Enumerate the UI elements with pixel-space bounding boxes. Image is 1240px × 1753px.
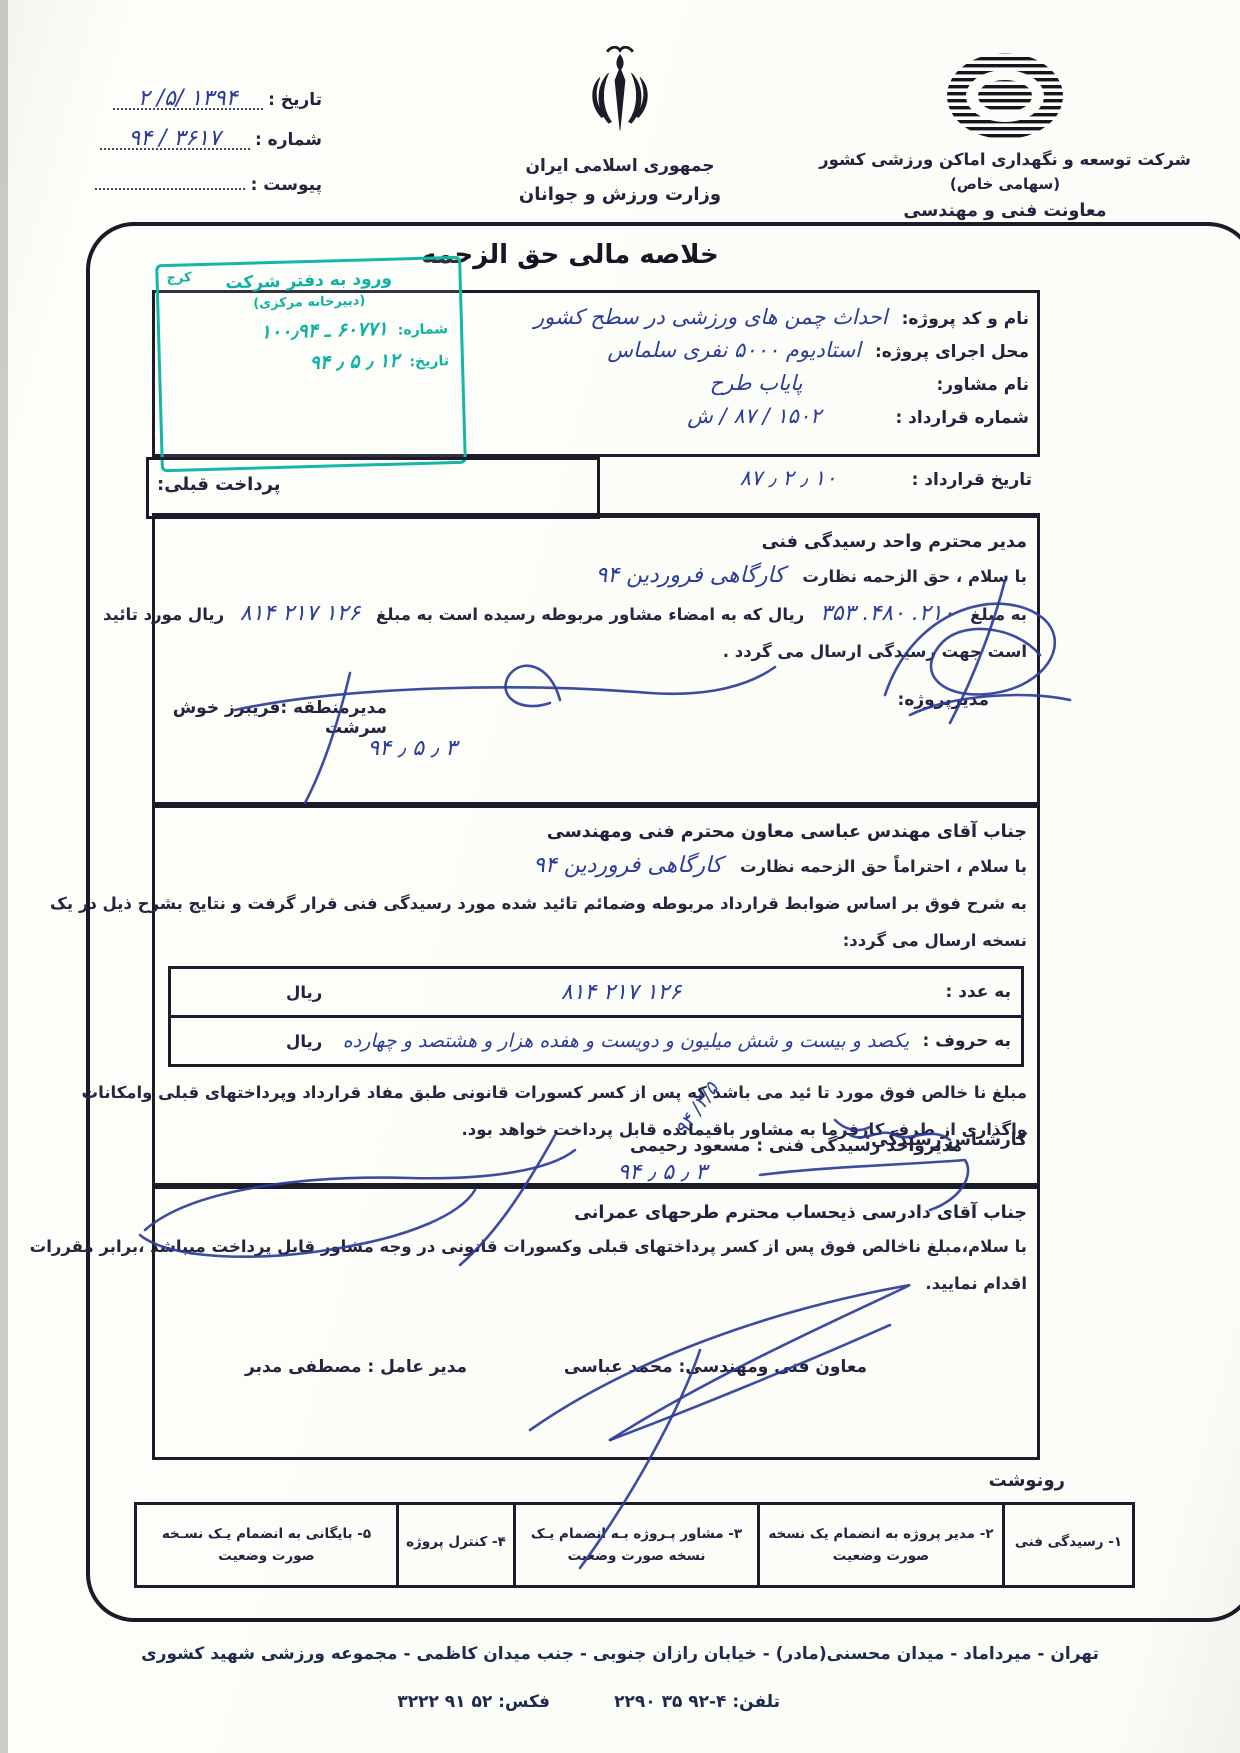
section-deputy-review: جناب آقای مهندس عباسی معاون محترم فنی وم… [152, 805, 1040, 1186]
contract-date-label: تاریخ قرارداد : [912, 470, 1032, 490]
amount-pre-text: به مبلغ [970, 605, 1027, 624]
amount-words-label: به حروف : [923, 1031, 1011, 1051]
stamp-corner-text: کرج [166, 270, 191, 286]
section2-note-line1: مبلغ نا خالص فوق مورد تا ئید می باشد که … [165, 1081, 1027, 1105]
section2-line1-printed: با سلام ، احتراماً حق الزحمه نظارت [740, 857, 1027, 876]
amount-words-unit: ریال [286, 1032, 322, 1051]
copies-cell-3-line1: ۳- مشاور پـروژه بـه انضمام یـک [522, 1526, 751, 1542]
number-label: شماره : [255, 130, 322, 150]
copies-cell-3: ۳- مشاور پـروژه بـه انضمام یـک نسخه صورت… [513, 1505, 757, 1585]
attachment-label: پیوست : [251, 175, 322, 195]
country-name: جمهوری اسلامی ایران [505, 156, 735, 176]
section3-line1: با سلام،مبلغ ناخالص فوق پس از کسر پرداخت… [165, 1235, 1027, 1259]
review-expert-date-handwritten: ۳ ٫ ۵ ٫ ۹۴ [617, 1160, 707, 1185]
section3-heading: جناب آقای دادرسی ذیحساب محترم طرحهای عمر… [165, 1203, 1027, 1223]
contract-date-value: ۱۰ ٫ ۲ ٫ ۸۷ [740, 466, 837, 490]
stamp-date-label: تاریخ: [409, 353, 449, 370]
amount-in-words-row: به حروف : یکصد و بیست و شش میلیون و دویس… [171, 1015, 1021, 1064]
amount-words-value-handwritten: یکصد و بیست و شش میلیون و دویست و هفده ه… [341, 1030, 911, 1052]
stamp-number-value: ۶۰۷۷۱ ـ ۱۰۰٫۹۴ [260, 318, 388, 344]
amount-table: به عدد : ۱۲۶ ۲۱۷ ۸۱۴ ریال به حروف : یکصد… [168, 966, 1024, 1067]
copies-cell-1: ۱- رسیدگی فنی [1002, 1505, 1132, 1585]
consultant-value: پایاب طرح [710, 371, 803, 395]
approved-amount-handwritten: ۱۲۶ ۲۱۷ ۸۱۴ [240, 601, 360, 626]
section1-heading: مدیر محترم واحد رسیدگی فنی [165, 532, 1027, 552]
section-treasurer: جناب آقای دادرسی ذیحساب محترم طرحهای عمر… [152, 1186, 1040, 1460]
copies-cell-5-line1: ۵- بایگانی به انضمام یـک نسـخه [143, 1526, 390, 1542]
section1-line3: است جهت رسیدگی ارسال می گردد . [165, 640, 1027, 664]
footer-fax-value: ۳۲۲۲ ۹۱ ۵۲ [397, 1692, 492, 1712]
amount-digits-unit: ریال [286, 983, 322, 1002]
managing-director-label: مدیر عامل : مصطفی مدبر [245, 1357, 467, 1377]
footer-phone-value: ۲۲۹۰ ۳۵ ۹۲-۴ [614, 1692, 726, 1712]
stamp-date-value: ۱۲ ٫ ۵ ٫ ۹۴ [309, 350, 399, 375]
project-name-value: احداث چمن های ورزشی در سطح کشور [534, 305, 888, 329]
amount-digits-label: به عدد : [946, 982, 1012, 1002]
copies-cell-2-line1: ۲- مدیر پروژه به انضمام یک نسخه [766, 1526, 996, 1542]
copies-table: ۱- رسیدگی فنی ۲- مدیر پروژه به انضمام یک… [134, 1502, 1135, 1588]
project-location-label: محل اجرای پروژه: [875, 342, 1029, 362]
date-value: ۲ /۵/ ۱۳۹۴ [138, 86, 238, 111]
date-label: تاریخ : [268, 90, 322, 110]
copies-cell-2: ۲- مدیر پروژه به انضمام یک نسخه صورت وضع… [757, 1505, 1002, 1585]
region-manager-date-handwritten: ۳ ٫ ۵ ٫ ۹۴ [367, 736, 457, 761]
copies-cell-4-line1: ۴- کنترل پروژه [405, 1534, 507, 1550]
section1-line2: به مبلغ ۲۱۰. ۴۸۰. ۳۵۳ ریال که به امضاء م… [165, 602, 1027, 627]
copies-cell-1-line1: ۱- رسیدگی فنی [1011, 1534, 1126, 1550]
section-review-unit: مدیر محترم واحد رسیدگی فنی با سلام ، حق … [152, 513, 1040, 805]
footer-phone: تلفن: ۲۲۹۰ ۳۵ ۹۲-۴ [614, 1692, 780, 1712]
footer-fax-label: فکس: [498, 1692, 550, 1712]
footer-address: تهران - میرداماد - میدان محسنی(مادر) - خ… [0, 1644, 1240, 1664]
company-logo-icon [944, 50, 1066, 142]
previous-payment-label: پرداخت قبلی: [157, 474, 281, 495]
office-entry-stamp: کرج ورود به دفتر شرکت (دبیرخانه مرکزی) ش… [155, 256, 467, 472]
ministry-name: وزارت ورزش و جوانان [505, 184, 735, 205]
scanned-document-page: تاریخ : ۲ /۵/ ۱۳۹۴ شماره : ۳۶۱۷ / ۹۴ پیو… [0, 0, 1240, 1753]
letterhead-left-block: تاریخ : ۲ /۵/ ۱۳۹۴ شماره : ۳۶۱۷ / ۹۴ پیو… [62, 86, 322, 195]
gross-amount-handwritten: ۲۱۰. ۴۸۰. ۳۵۳ [820, 601, 954, 626]
footer-phone-label: تلفن: [732, 1692, 780, 1712]
letterhead-center-block: جمهوری اسلامی ایران وزارت ورزش و جوانان [505, 46, 735, 205]
contract-no-label: شماره قرارداد : [895, 408, 1029, 428]
project-location-value: استادیوم ۵۰۰۰ نفری سلماس [607, 338, 861, 362]
department-name: معاونت فنی و مهندسی [810, 201, 1200, 221]
amount-mid-text: ریال که به امضاء مشاور مربوطه رسیده است … [376, 605, 804, 624]
amount-in-digits-row: به عدد : ۱۲۶ ۲۱۷ ۸۱۴ ریال [171, 969, 1021, 1015]
stamp-number-label: شماره: [398, 321, 449, 338]
region-manager-label: مدیرمنطقه :فریبرز خوش سرشت [155, 698, 387, 738]
section2-line1-handwritten: کارگاهی فروردین ۹۴ [533, 853, 722, 878]
project-name-label: نام و کد پروژه: [902, 309, 1029, 329]
section2-line1: با سلام ، احتراماً حق الزحمه نظارت کارگا… [165, 854, 1027, 879]
copies-title: رونوشت [989, 1470, 1065, 1491]
contract-no-value: ۱۵۰۲ / ۸۷ / ش [687, 404, 821, 428]
consultant-label: نام مشاور: [936, 375, 1029, 395]
project-manager-label: مدیرپروژه: [898, 690, 989, 710]
scan-edge-shadow [0, 0, 8, 1753]
letterhead-right-block: شرکت توسعه و نگهداری اماکن ورزشی کشور (س… [810, 50, 1200, 221]
stamp-line2: (دبیرخانه مرکزی) [159, 291, 459, 314]
section1-line1-printed: با سلام ، حق الزحمه نظارت [802, 567, 1027, 586]
attachment-value [95, 166, 245, 190]
previous-payment-box: پرداخت قبلی: [146, 457, 600, 519]
section1-line1: با سلام ، حق الزحمه نظارت کارگاهی فروردی… [165, 564, 1027, 589]
number-value: ۳۶۱۷ / ۹۴ [128, 126, 220, 151]
section2-line2: به شرح فوق بر اساس ضوابط قرارداد مربوطه … [165, 892, 1027, 916]
copies-cell-5: ۵- بایگانی به انضمام یـک نسـخه صورت وضعی… [137, 1505, 396, 1585]
contract-date-row: تاریخ قرارداد : ۱۰ ٫ ۲ ٫ ۸۷ [740, 466, 1032, 490]
stamp-line1: ورود به دفتر شرکت [158, 267, 458, 295]
deputy-signature-label: معاون فنی ومهندسی: محمد عباسی [564, 1357, 867, 1377]
amount-digits-value-handwritten: ۱۲۶ ۲۱۷ ۸۱۴ [351, 980, 891, 1005]
copies-cell-2-line2: صورت وضعیت [766, 1548, 996, 1564]
section2-line3: نسخه ارسال می گردد: [165, 929, 1027, 953]
footer-fax: فکس: ۳۲۲۲ ۹۱ ۵۲ [397, 1692, 550, 1712]
copies-cell-4: ۴- کنترل پروژه [396, 1505, 513, 1585]
unit-manager-label: مدیرواحد رسیدگی فنی : مسعود رحیمی [630, 1136, 962, 1156]
copies-cell-5-line2: صورت وضعیت [143, 1548, 390, 1564]
section3-line2: اقدام نمایید. [165, 1272, 1027, 1296]
copies-cell-3-line2: نسخه صورت وضعیت [522, 1548, 751, 1564]
company-type: (سهامی خاص) [810, 175, 1200, 193]
company-name: شرکت توسعه و نگهداری اماکن ورزشی کشور [810, 150, 1200, 169]
section1-line1-handwritten: کارگاهی فروردین ۹۴ [596, 563, 785, 588]
amount-end-text: ریال مورد تائید [103, 605, 224, 624]
section2-heading: جناب آقای مهندس عباسی معاون محترم فنی وم… [165, 822, 1027, 842]
iran-emblem-icon [577, 46, 663, 146]
